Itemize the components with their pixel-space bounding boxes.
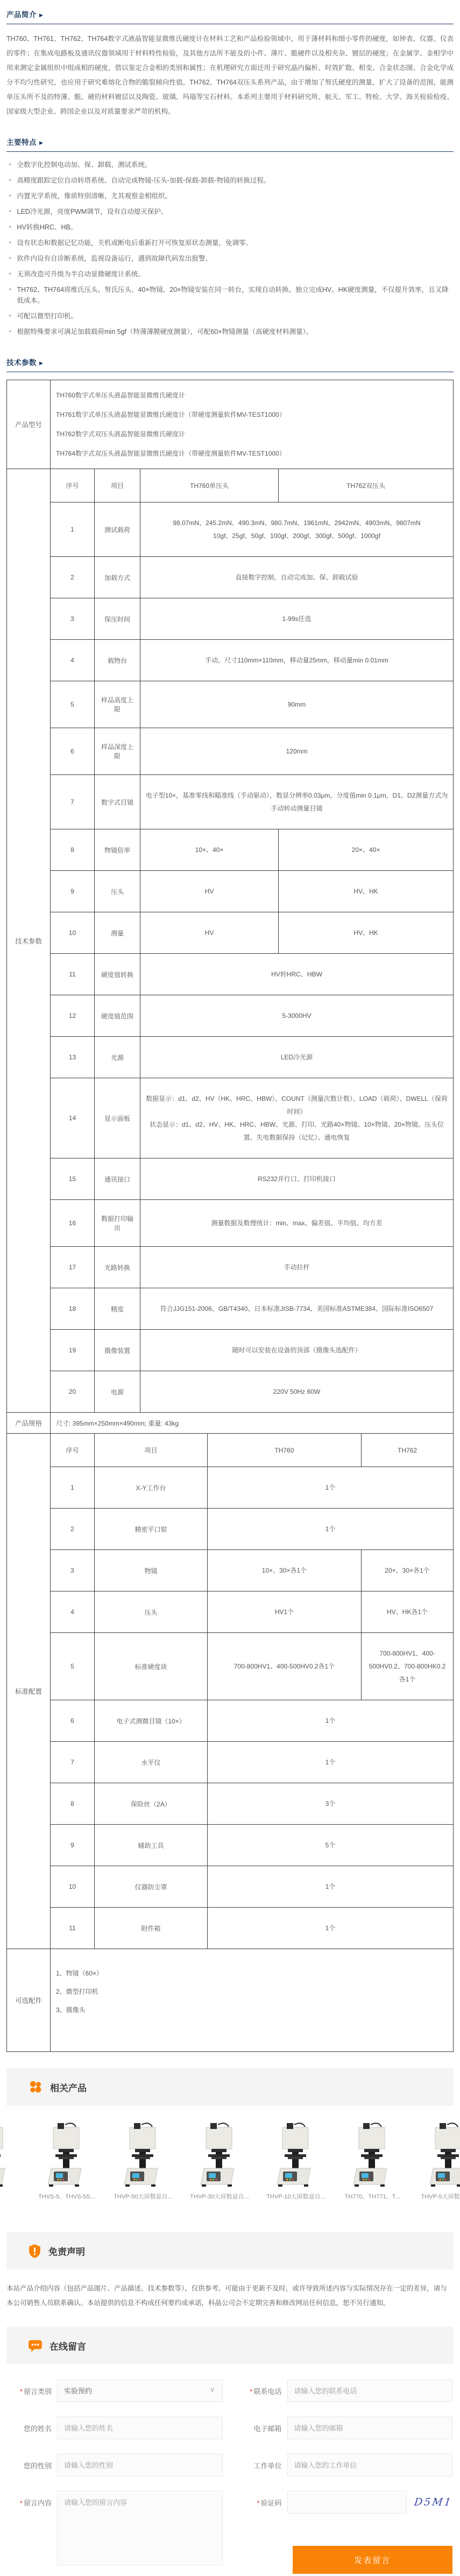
product-card[interactable]: THVS-5、THVS-5S... xyxy=(35,2117,98,2201)
hardness-tester-image xyxy=(343,2122,402,2188)
models-section-label: 产品型号 xyxy=(7,380,51,469)
model-line: TH761数字式单压头液晶智能显微维氏硬度计（带硬度测量软件MV-TEST100… xyxy=(56,405,449,424)
spec-value: LED冷光源 xyxy=(140,1037,454,1078)
optional-parts-cell: 1、物镜（60×）2、微型打印机3、摄像头 xyxy=(51,1949,454,2052)
spec-row: 6样品深度上限120mm xyxy=(7,728,454,775)
spec-row: 13光源LED冷光源 xyxy=(7,1037,454,1078)
cell-line: 1个 xyxy=(212,1922,449,1935)
field-message-content: *留言内容 xyxy=(8,2491,223,2574)
table-header-row: 标准配置 序号 项目 TH760 TH762 xyxy=(7,1434,454,1467)
triangle-right-icon: ▶ xyxy=(39,140,43,145)
feature-text: 高精度跟踪定位自动转塔系统、自动完成物镜-压头-加载-保载-卸载-物镜的转换过程… xyxy=(17,175,271,186)
feature-item: ‣设有状态和数据记忆功能，关机或断电后重新打开可恢复原状态测量，免调零。 xyxy=(9,238,454,248)
spec-item: 样品高度上限 xyxy=(95,681,140,728)
opt-line: 2、微型打印机 xyxy=(56,1982,448,2001)
col-header-item: 项目 xyxy=(95,469,140,502)
spec-item: 辅助工具 xyxy=(95,1825,208,1866)
cell-line: 直接数字控制，自动完成加、保、卸载试验 xyxy=(145,571,449,584)
feature-item: ‣LED冷光源，亮度PWM调节，设有自动熄灭保护。 xyxy=(9,206,454,217)
spec-row: 5样品高度上限90mm xyxy=(7,681,454,728)
spec-item: 样品深度上限 xyxy=(95,728,140,775)
product-card[interactable]: TH770、TH771、T... xyxy=(341,2117,404,2201)
spec-no: 19 xyxy=(51,1330,95,1371)
spec-row: 16数据打印输出测量数据及数理统计：min、max、偏差值、平均值、均方差 xyxy=(7,1200,454,1247)
online-message-banner: 在线留言 xyxy=(6,2327,454,2364)
triangle-right-icon: ▶ xyxy=(39,12,43,18)
cell-line: 1个 xyxy=(212,1523,449,1535)
hardness-tester-image xyxy=(419,2122,460,2188)
spec-value: HV转HRC、HBW xyxy=(140,954,454,995)
phone-input[interactable] xyxy=(287,2379,453,2402)
spec-row: 19摄像装置随时可以安装在设备的顶部（摄像头选配件） xyxy=(7,1330,454,1371)
model-line: TH762数字式双压头液晶智能显微维氏硬度计 xyxy=(56,424,449,444)
feature-text: 内置光学系统，像质特别清晰，尤其观察金相组织。 xyxy=(17,191,172,201)
spec-value: 5-3000HV xyxy=(140,995,454,1037)
standard-config-table: 标准配置 序号 项目 TH760 TH762 1X-Y工作台1个2精密平口钳1个… xyxy=(6,1433,454,1949)
required-asterisk: * xyxy=(250,2387,252,2396)
cell-line: 电子型10×，基准零线和瞄准线（手动驱动），数显分辨率0.03μm，分度值min… xyxy=(145,789,449,815)
spec-value: 98.07mN、245.2mN、490.3mN、980.7mN、1961mN、2… xyxy=(140,502,454,557)
spec-value: 手动拉杆 xyxy=(140,1247,454,1288)
feature-text: 根据特殊要求可满足加载载荷min 5gf（特薄薄膜硬度测量），可配60×物镜测量… xyxy=(17,326,313,337)
spec-item: 水平仪 xyxy=(95,1742,208,1783)
spec-item: 硬度值转换 xyxy=(95,954,140,995)
bullet-icon: ‣ xyxy=(9,326,12,337)
cell-line: 1-99s任选 xyxy=(145,612,449,625)
spec-no: 3 xyxy=(51,1550,95,1591)
spec-value: 220V 50Hz 60W xyxy=(140,1371,454,1413)
spec-row: 18精度符合JJG151-2006、GB/T4340、日本标准JISB-7734… xyxy=(7,1288,454,1330)
cell-line: 98.07mN、245.2mN、490.3mN、980.7mN、1961mN、2… xyxy=(145,516,449,529)
spec-value: 随时可以安装在设备的顶部（摄像头选配件） xyxy=(140,1330,454,1371)
spec-value: HV、HK xyxy=(279,912,454,954)
spec-no: 9 xyxy=(51,1825,95,1866)
spec-item: 数字式目镜 xyxy=(95,775,140,829)
opt-line: 1、物镜（60×） xyxy=(56,1964,448,1982)
spec-value: 90mm xyxy=(140,681,454,728)
spec-no: 3 xyxy=(51,598,95,640)
spec-item: 测量 xyxy=(95,912,140,954)
spec-value: HV1个 xyxy=(208,1591,362,1633)
feature-text: 无须改造可升级为半自动显微硬度计系统。 xyxy=(17,269,145,280)
spec-value: 3个 xyxy=(208,1783,454,1825)
spec-value: 700-800HV1、400-500HV0.2、700-800HK0.2各1个 xyxy=(362,1633,454,1700)
spec-value: 700-800HV1、400-500HV0.2各1个 xyxy=(208,1633,362,1700)
spec-value: 120mm xyxy=(140,728,454,775)
captcha-submit-stack: *验证码 D5M1 发表留言 xyxy=(238,2491,453,2574)
spec-value: HV xyxy=(140,912,279,954)
product-image xyxy=(264,2117,328,2188)
field-email: 电子邮箱 xyxy=(238,2417,453,2439)
bullet-icon: ‣ xyxy=(9,253,12,264)
gender-label: 您的性别 xyxy=(8,2460,57,2470)
field-gender: 您的性别 xyxy=(8,2454,223,2476)
intro-title-text: 产品简介 xyxy=(6,11,37,19)
spec-no: 10 xyxy=(51,912,95,954)
triangle-right-icon: ▶ xyxy=(39,360,43,366)
optional-parts-table: 可选配件 1、物镜（60×）2、微型打印机3、摄像头 xyxy=(6,1949,454,2052)
cell-line: HV1个 xyxy=(212,1605,357,1618)
field-captcha: *验证码 D5M1 xyxy=(238,2491,453,2514)
cell-line: 10gf、25gf、50gf、100gf、200gf、300gf、500gf、1… xyxy=(145,529,449,542)
company-input[interactable] xyxy=(287,2454,453,2476)
spec-value: RS232并行口、打印机接口 xyxy=(140,1158,454,1200)
cell-line: HV、HK各1个 xyxy=(366,1605,449,1618)
intro-paragraph: TH760、TH761、TH762、TH764数字式液晶智能显微维氏硬度计在材料… xyxy=(6,32,454,119)
spec-row: 1测试载荷98.07mN、245.2mN、490.3mN、980.7mN、196… xyxy=(7,502,454,557)
related-products-row: THVS-5、THVS-5S... THVP-50大屏数显自... xyxy=(0,2106,460,2216)
spec-row: 2加载方式直接数字控制，自动完成加、保、卸载试验 xyxy=(7,557,454,598)
product-size-table: 产品规格 尺寸: 395mm×250mm×490mm; 重量: 43kg xyxy=(6,1412,454,1434)
spec-row: 15通讯接口RS232并行口、打印机接口 xyxy=(7,1158,454,1200)
spec-value: 数据显示：d1、d2、HV（HK、HRC、HBW）、COUNT（测量次数计数）、… xyxy=(140,1078,454,1158)
spec-value: 直接数字控制，自动完成加、保、卸载试验 xyxy=(140,557,454,598)
tech-params-table: 技术参数 序号 项目 TH760单压头 TH762双压头 1测试载荷98.07m… xyxy=(6,469,454,1413)
cell-line: 1个 xyxy=(212,1756,449,1769)
cell-line: 700-800HV1、400-500HV0.2、700-800HK0.2各1个 xyxy=(366,1647,449,1686)
spec-item: 光源 xyxy=(95,1037,140,1078)
spec-row: 17光路转换手动拉杆 xyxy=(7,1247,454,1288)
spec-item: 标准硬度块 xyxy=(95,1633,208,1700)
product-card-partial[interactable] xyxy=(0,2117,22,2201)
product-models-table: 产品型号 TH760数字式单压头液晶智能显微维氏硬度计TH761数字式单压头液晶… xyxy=(6,380,454,469)
spec-no: 2 xyxy=(51,1509,95,1550)
product-image xyxy=(417,2117,460,2188)
optional-section-label: 可选配件 xyxy=(7,1949,51,2052)
spec-item: 光路转换 xyxy=(95,1247,140,1288)
spec-row: 20电源220V 50Hz 60W xyxy=(7,1371,454,1413)
content-label: *留言内容 xyxy=(8,2491,57,2508)
cell-line: 测量数据及数理统计：min、max、偏差值、平均值、均方差 xyxy=(145,1217,449,1230)
chat-bubble-icon xyxy=(28,2339,43,2352)
cell-line: 220V 50Hz 60W xyxy=(145,1385,449,1398)
product-detail-page: 产品简介▶ TH760、TH761、TH762、TH764数字式液晶智能显微维氏… xyxy=(0,0,460,2576)
spec-value: HV、HK各1个 xyxy=(362,1591,454,1633)
spec-value: 10×、40× xyxy=(140,829,279,871)
bullet-icon: ‣ xyxy=(9,159,12,170)
related-products-carousel: THVS-5、THVS-5S... THVP-50大屏数显自... xyxy=(0,2106,460,2216)
cell-line: HV、HK xyxy=(283,926,449,939)
product-name: THVS-5、THVS-5S... xyxy=(35,2192,98,2201)
email-input[interactable] xyxy=(287,2417,453,2439)
specs-section-title: 技术参数▶ xyxy=(6,353,454,368)
spec-item: 保压时间 xyxy=(95,598,140,640)
hardness-tester-image xyxy=(190,2122,249,2188)
spec-value: 1个 xyxy=(208,1908,454,1949)
spec-row: 11硬度值转换HV转HRC、HBW xyxy=(7,954,454,995)
spec-no: 4 xyxy=(51,640,95,681)
spec-value: 电子型10×，基准零线和瞄准线（手动驱动），数显分辨率0.03μm，分度值min… xyxy=(140,775,454,829)
company-label: 工作单位 xyxy=(238,2460,287,2470)
specs-title-text: 技术参数 xyxy=(6,359,37,367)
cell-line: 数据显示：d1、d2、HV（HK、HRC、HBW）、COUNT（测量次数计数）、… xyxy=(145,1092,449,1118)
cell-line: 3个 xyxy=(212,1797,449,1810)
phone-label-text: 联系电话 xyxy=(253,2387,281,2396)
cell-line: 5-3000HV xyxy=(145,1009,449,1022)
feature-text: LED冷光源，亮度PWM调节，设有自动熄灭保护。 xyxy=(17,206,168,217)
spec-no: 9 xyxy=(51,871,95,912)
feature-text: 设有状态和数据记忆功能，关机或断电后重新打开可恢复原状态测量，免调零。 xyxy=(17,238,253,248)
spec-no: 11 xyxy=(51,954,95,995)
message-category-select[interactable]: 实验预约 xyxy=(57,2379,223,2402)
section-divider xyxy=(6,372,454,372)
bullet-icon: ‣ xyxy=(9,311,12,322)
spec-no: 4 xyxy=(51,1591,95,1633)
required-asterisk: * xyxy=(257,2499,259,2507)
col-header-no: 序号 xyxy=(51,1434,95,1467)
cell-line: 1个 xyxy=(212,1481,449,1494)
spec-row: 6电子式测微目镜（10×）1个 xyxy=(7,1700,454,1742)
feature-item: ‣无须改造可升级为半自动显微硬度计系统。 xyxy=(9,269,454,280)
spec-row: 10仪器防尘罩1个 xyxy=(7,1866,454,1908)
message-form: *留言类别 实验预约 ∨ *联系电话 您的姓名 电子邮箱 您的性别 xyxy=(8,2379,452,2574)
spec-item: 精密平口钳 xyxy=(95,1509,208,1550)
col-header-no: 序号 xyxy=(51,469,95,502)
spec-no: 6 xyxy=(51,1700,95,1742)
feature-item: ‣TH762、TH764将维氏压头、努氏压头、40×物镜、20×物镜安装在同一转… xyxy=(9,284,454,306)
cell-line: 90mm xyxy=(145,698,449,711)
spec-item: 保险丝（2A） xyxy=(95,1783,208,1825)
submit-row: 发表留言 xyxy=(238,2546,453,2574)
spec-row: 4载物台手动，尺寸110mm×110mm，移动量25mm，移动量min 0.01… xyxy=(7,640,454,681)
online-message-title: 在线留言 xyxy=(49,2339,86,2352)
product-image xyxy=(35,2117,98,2188)
spec-no: 13 xyxy=(51,1037,95,1078)
email-label-text: 电子邮箱 xyxy=(253,2425,281,2433)
name-label-text: 您的姓名 xyxy=(24,2425,52,2433)
shield-icon xyxy=(28,2244,41,2258)
spec-row: 9压头HVHV、HK xyxy=(7,871,454,912)
name-input[interactable] xyxy=(57,2417,223,2439)
spec-no: 1 xyxy=(51,502,95,557)
spec-no: 11 xyxy=(51,1908,95,1949)
spec-item: 数据打印输出 xyxy=(95,1200,140,1247)
spec-no: 1 xyxy=(51,1467,95,1509)
hardness-tester-image xyxy=(266,2122,325,2188)
spec-value: 手动，尺寸110mm×110mm，移动量25mm，移动量min 0.01mm xyxy=(140,640,454,681)
spec-value: 符合JJG151-2006、GB/T4340、日本标准JISB-7734、美国标… xyxy=(140,1288,454,1330)
captcha-input[interactable] xyxy=(287,2491,407,2514)
spec-row: 8物镜倍率10×、40×20×、40× xyxy=(7,829,454,871)
col-header-th762: TH762双压头 xyxy=(279,469,454,502)
product-image xyxy=(341,2117,404,2188)
phone-label: *联系电话 xyxy=(238,2386,287,2396)
table-row: 产品型号 TH760数字式单压头液晶智能显微维氏硬度计TH761数字式单压头液晶… xyxy=(7,380,454,469)
cell-line: 1个 xyxy=(212,1880,449,1893)
field-message-category: *留言类别 实验预约 ∨ xyxy=(8,2379,223,2402)
feature-text: 软件内设有自诊断系统，监视设备运行，遇到故障代码发出报警。 xyxy=(17,253,213,264)
cell-line: 符合JJG151-2006、GB/T4340、日本标准JISB-7734、美国标… xyxy=(145,1302,449,1315)
spec-row: 12硬度值范围5-3000HV xyxy=(7,995,454,1037)
spec-row: 9辅助工具5个 xyxy=(7,1825,454,1866)
tech-section-label: 技术参数 xyxy=(7,469,51,1413)
cell-line: 1个 xyxy=(212,1714,449,1727)
spec-no: 10 xyxy=(51,1866,95,1908)
spec-item: 显示面板 xyxy=(95,1078,140,1158)
name-label: 您的姓名 xyxy=(8,2423,57,2433)
product-image xyxy=(188,2117,251,2188)
cell-line: 20×、40× xyxy=(283,843,449,856)
hardness-tester-image xyxy=(0,2122,20,2188)
spec-item: 物镜 xyxy=(95,1550,208,1591)
category-label: *留言类别 xyxy=(8,2386,57,2396)
gender-label-text: 您的性别 xyxy=(24,2462,52,2470)
spec-no: 17 xyxy=(51,1247,95,1288)
field-company: 工作单位 xyxy=(238,2454,453,2476)
spec-no: 8 xyxy=(51,829,95,871)
bullet-icon: ‣ xyxy=(9,175,12,186)
spec-row: 7数字式目镜电子型10×，基准零线和瞄准线（手动驱动），数显分辨率0.03μm，… xyxy=(7,775,454,829)
cell-line: RS232并行口、打印机接口 xyxy=(145,1172,449,1185)
spec-item: 电子式测微目镜（10×） xyxy=(95,1700,208,1742)
cell-line: HV转HRC、HBW xyxy=(145,968,449,981)
cell-line: HV xyxy=(145,926,274,939)
features-section-title: 主要特点▶ xyxy=(6,133,454,148)
company-label-text: 工作单位 xyxy=(253,2462,281,2470)
feature-item: ‣根据特殊要求可满足加载载荷min 5gf（特薄薄膜硬度测量），可配60×物镜测… xyxy=(9,326,454,337)
spec-row: 10测量HVHV、HK xyxy=(7,912,454,954)
spec-no: 8 xyxy=(51,1783,95,1825)
spec-value: 1-99s任选 xyxy=(140,598,454,640)
spec-no: 12 xyxy=(51,995,95,1037)
feature-item: ‣全数字化控制电动加、保、卸载、测试系统。 xyxy=(9,159,454,170)
captcha-label: *验证码 xyxy=(238,2497,287,2508)
product-name: THVP-50大屏数显自... xyxy=(111,2192,175,2201)
spec-value: 20×、40× xyxy=(279,829,454,871)
spec-row: 11附件箱1个 xyxy=(7,1908,454,1949)
bullet-icon: ‣ xyxy=(9,238,12,248)
product-card[interactable]: THVP-30大屏数显自... xyxy=(188,2117,251,2201)
spec-no: 18 xyxy=(51,1288,95,1330)
product-name: THVP-30大屏数显自... xyxy=(188,2192,251,2201)
spec-row: 3保压时间1-99s任选 xyxy=(7,598,454,640)
required-asterisk: * xyxy=(20,2499,23,2507)
cell-line: 20×、30×各1个 xyxy=(366,1564,449,1577)
features-title-text: 主要特点 xyxy=(6,138,37,146)
spec-item: 测试载荷 xyxy=(95,502,140,557)
message-content-textarea[interactable] xyxy=(57,2491,223,2565)
col-header-th762: TH762 xyxy=(362,1434,454,1467)
feature-item: ‣HV转换HRC、HB。 xyxy=(9,222,454,233)
required-asterisk: * xyxy=(20,2387,23,2396)
spec-value: 5个 xyxy=(208,1825,454,1866)
bullet-icon: ‣ xyxy=(9,269,12,280)
product-card[interactable]: THVP-50大屏数显自... xyxy=(111,2117,175,2201)
feature-item: ‣可配以微型打印机。 xyxy=(9,311,454,322)
related-products-banner: 相关产品 xyxy=(6,2068,454,2106)
disclaimer-title: 免责声明 xyxy=(48,2244,85,2258)
spec-item: 精度 xyxy=(95,1288,140,1330)
cell-line: 5个 xyxy=(212,1839,449,1852)
spec-value: HV、HK xyxy=(279,871,454,912)
spec-no: 14 xyxy=(51,1078,95,1158)
product-image xyxy=(111,2117,175,2188)
section-divider xyxy=(6,24,454,24)
spec-value: 1个 xyxy=(208,1509,454,1550)
spec-no: 5 xyxy=(51,1633,95,1700)
col-header-th760: TH760 xyxy=(208,1434,362,1467)
size-section-label: 产品规格 xyxy=(7,1413,51,1434)
feature-item: ‣内置光学系统，像质特别清晰，尤其观察金相组织。 xyxy=(9,191,454,201)
cell-line: 10×、40× xyxy=(145,843,274,856)
feature-text: HV转换HRC、HB。 xyxy=(17,222,77,233)
feature-item: ‣软件内设有自诊断系统，监视设备运行，遇到故障代码发出报警。 xyxy=(9,253,454,264)
cell-line: 700-800HV1、400-500HV0.2各1个 xyxy=(212,1660,357,1673)
bullet-icon: ‣ xyxy=(9,222,12,233)
spec-row: 4压头HV1个HV、HK各1个 xyxy=(7,1591,454,1633)
product-card[interactable]: THVP-5大屏数显自... xyxy=(417,2117,460,2201)
spec-no: 2 xyxy=(51,557,95,598)
hardness-tester-image xyxy=(114,2122,173,2188)
captcha-label-text: 验证码 xyxy=(260,2499,281,2507)
email-label: 电子邮箱 xyxy=(238,2423,287,2433)
intro-section-title: 产品简介▶ xyxy=(6,5,454,20)
product-name: THVP-5大屏数显自... xyxy=(417,2192,460,2201)
spec-value: 1个 xyxy=(208,1700,454,1742)
spec-row: 14显示面板数据显示：d1、d2、HV（HK、HRC、HBW）、COUNT（测量… xyxy=(7,1078,454,1158)
spec-item: 压头 xyxy=(95,1591,208,1633)
spec-item: 电源 xyxy=(95,1371,140,1413)
spec-item: 压头 xyxy=(95,871,140,912)
spec-item: 载物台 xyxy=(95,640,140,681)
cell-line: 手动拉杆 xyxy=(145,1261,449,1274)
model-line: TH764数字式双压头液晶智能显微维氏硬度计（带硬度测量软件MV-TEST100… xyxy=(56,444,449,463)
col-header-item: 项目 xyxy=(95,1434,208,1467)
spec-value: 1个 xyxy=(208,1742,454,1783)
feature-text: 可配以微型打印机。 xyxy=(17,311,78,322)
product-image xyxy=(0,2117,22,2188)
spec-item: 物镜倍率 xyxy=(95,829,140,871)
disclaimer-banner: 免责声明 xyxy=(6,2232,454,2270)
cell-line: LED冷光源 xyxy=(145,1051,449,1064)
cell-line: HV xyxy=(145,885,274,898)
spec-row: 1X-Y工作台1个 xyxy=(7,1467,454,1509)
submit-message-button[interactable]: 发表留言 xyxy=(293,2546,453,2574)
product-name: TH770、TH771、T... xyxy=(341,2192,404,2201)
product-models-cell: TH760数字式单压头液晶智能显微维氏硬度计TH761数字式单压头液晶智能显微维… xyxy=(51,380,454,469)
spec-row: 7水平仪1个 xyxy=(7,1742,454,1783)
spec-value: 10×、30×各1个 xyxy=(208,1550,362,1591)
spec-no: 15 xyxy=(51,1158,95,1200)
category-label-text: 留言类别 xyxy=(24,2387,52,2396)
feature-text: TH762、TH764将维氏压头、努氏压头、40×物镜、20×物镜安装在同一转台… xyxy=(17,284,454,306)
bullet-icon: ‣ xyxy=(9,206,12,217)
spec-no: 16 xyxy=(51,1200,95,1247)
product-card[interactable]: THVP-10大屏数显自... xyxy=(264,2117,328,2201)
category-select-wrap: 实验预约 ∨ xyxy=(57,2379,223,2402)
standard-section-label: 标准配置 xyxy=(7,1434,51,1949)
flower-icon xyxy=(28,2079,43,2095)
spec-value: 1个 xyxy=(208,1467,454,1509)
spec-item: 硬度值范围 xyxy=(95,995,140,1037)
spec-item: 摄像装置 xyxy=(95,1330,140,1371)
spec-item: X-Y工作台 xyxy=(95,1467,208,1509)
spec-item: 通讯接口 xyxy=(95,1158,140,1200)
spec-no: 7 xyxy=(51,1742,95,1783)
feature-text: 全数字化控制电动加、保、卸载、测试系统。 xyxy=(17,159,152,170)
cell-line: 状态显示：d1、d2、HV、HK、HRC、HBW、光源、打印、光路40×物镜、1… xyxy=(145,1118,449,1144)
spec-item: 仪器防尘罩 xyxy=(95,1866,208,1908)
spec-item: 附件箱 xyxy=(95,1908,208,1949)
size-value: 尺寸: 395mm×250mm×490mm; 重量: 43kg xyxy=(51,1413,454,1434)
spec-row: 2精密平口钳1个 xyxy=(7,1509,454,1550)
opt-line: 3、摄像头 xyxy=(56,2001,448,2019)
gender-input[interactable] xyxy=(57,2454,223,2476)
captcha-image[interactable]: D5M1 xyxy=(414,2496,454,2508)
spec-no: 20 xyxy=(51,1371,95,1413)
spec-no: 7 xyxy=(51,775,95,829)
cell-line: HV、HK xyxy=(283,885,449,898)
